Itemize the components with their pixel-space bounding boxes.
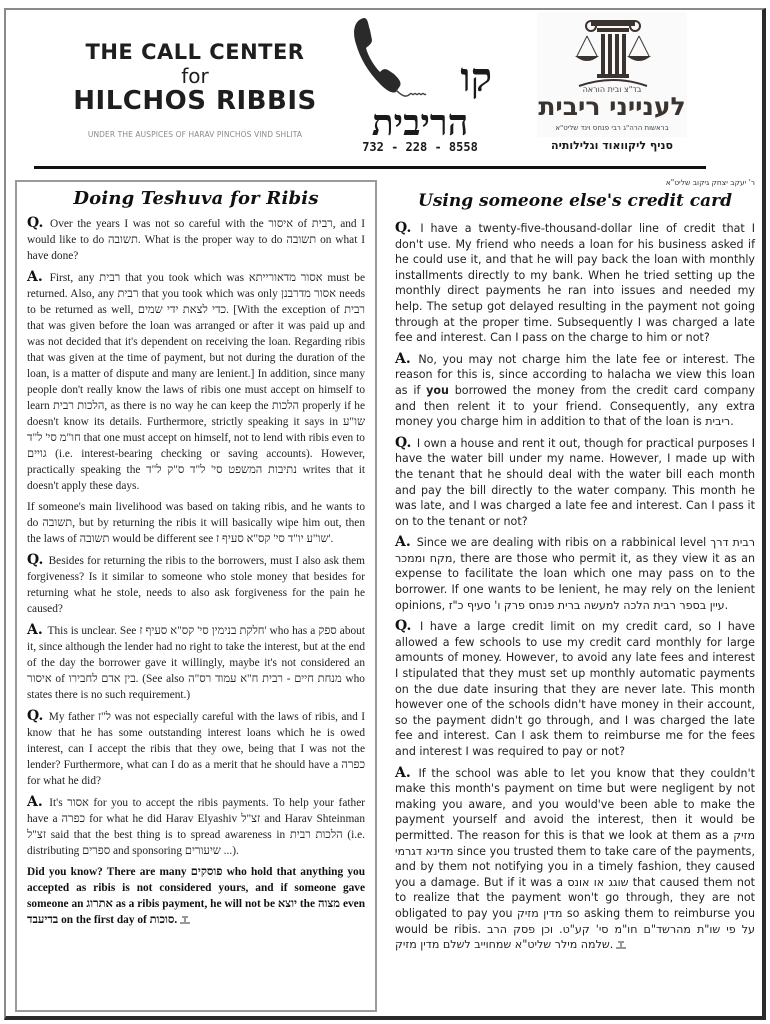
right-article-title: Using someone else's credit card — [395, 191, 755, 211]
masthead-line-1: THE CALL CENTER — [60, 40, 330, 64]
left-article-title: Doing Teshuva for Ribis — [27, 188, 365, 209]
q-marker: Q. — [395, 618, 411, 634]
a-marker: A. — [395, 765, 411, 781]
body-paragraph: If someone's main livelihood was based o… — [27, 499, 365, 547]
masthead-english: THE CALL CENTER for HILCHOS RIBBIS UNDER… — [60, 40, 330, 139]
did-you-know-paragraph: Did you know? There are many פוסקים who … — [27, 864, 365, 928]
question-paragraph: Q. Besides for returning the ribis to th… — [27, 552, 365, 617]
q-marker: Q. — [395, 435, 411, 451]
answer-paragraph: A. If the school was able to let you kno… — [395, 766, 755, 953]
answer-paragraph: A. No, you may not charge him the late f… — [395, 352, 755, 430]
header-divider — [34, 166, 706, 169]
answer-paragraph: A. First, any רבית that you took which w… — [27, 269, 365, 494]
end-mark-icon — [180, 916, 190, 924]
right-article: ר' יעקב יצחק גיקוב שליט"א Using someone … — [395, 178, 755, 959]
hotline-hebrew-line-1: קו — [410, 54, 492, 101]
end-mark-icon — [616, 941, 626, 949]
question-paragraph: Q. I have a large credit limit on my cre… — [395, 619, 755, 759]
q-marker: Q. — [395, 220, 411, 236]
logo-big-line: לענייני ריבית — [537, 93, 687, 121]
logo-bottom-line: בראשות הרה"ג רבי פנחס וינד שליט"א — [537, 124, 687, 132]
question-paragraph: Q. Over the years I was not so careful w… — [27, 215, 365, 264]
q-marker: Q. — [27, 552, 43, 568]
beis-din-logo: בד"צ ובית הוראה לענייני ריבית בראשות הרה… — [537, 12, 687, 137]
phone-number: 732 - 228 - 8558 — [350, 140, 490, 154]
a-marker: A. — [395, 534, 411, 550]
answer-paragraph: A. It's אסור for you to accept the ribis… — [27, 794, 365, 859]
masthead-line-2: for — [60, 64, 330, 88]
question-paragraph: Q. I have a twenty-five-thousand-dollar … — [395, 221, 755, 346]
question-paragraph: Q. My father ל"ז was not especially care… — [27, 708, 365, 789]
question-paragraph: Q. I own a house and rent it out, though… — [395, 436, 755, 530]
scales-pillar-icon — [573, 16, 653, 96]
logo-caption: סניף ליקוואוד וגלילותיה — [537, 139, 687, 152]
author-byline: ר' יעקב יצחק גיקוב שליט"א — [395, 178, 755, 187]
emphasis-you: you — [426, 384, 449, 397]
a-marker: A. — [27, 794, 43, 810]
answer-paragraph: A. This is unclear. See חלקת בנימין סי' … — [27, 622, 365, 703]
a-marker: A. — [27, 622, 43, 638]
masthead-subtitle: UNDER THE AUSPICES OF HARAV PINCHOS VIND… — [60, 130, 330, 139]
a-marker: A. — [395, 351, 411, 367]
a-marker: A. — [27, 269, 43, 285]
masthead-line-3: HILCHOS RIBBIS — [60, 86, 330, 116]
q-marker: Q. — [27, 708, 43, 724]
hotline-hebrew-line-2: הריבית — [350, 102, 490, 144]
left-article: Doing Teshuva for Ribis Q. Over the year… — [15, 180, 377, 1012]
hotline-block: קו הריבית 732 - 228 - 8558 — [350, 14, 490, 164]
answer-paragraph: A. Since we are dealing with ribis on a … — [395, 535, 755, 613]
q-marker: Q. — [27, 215, 43, 231]
